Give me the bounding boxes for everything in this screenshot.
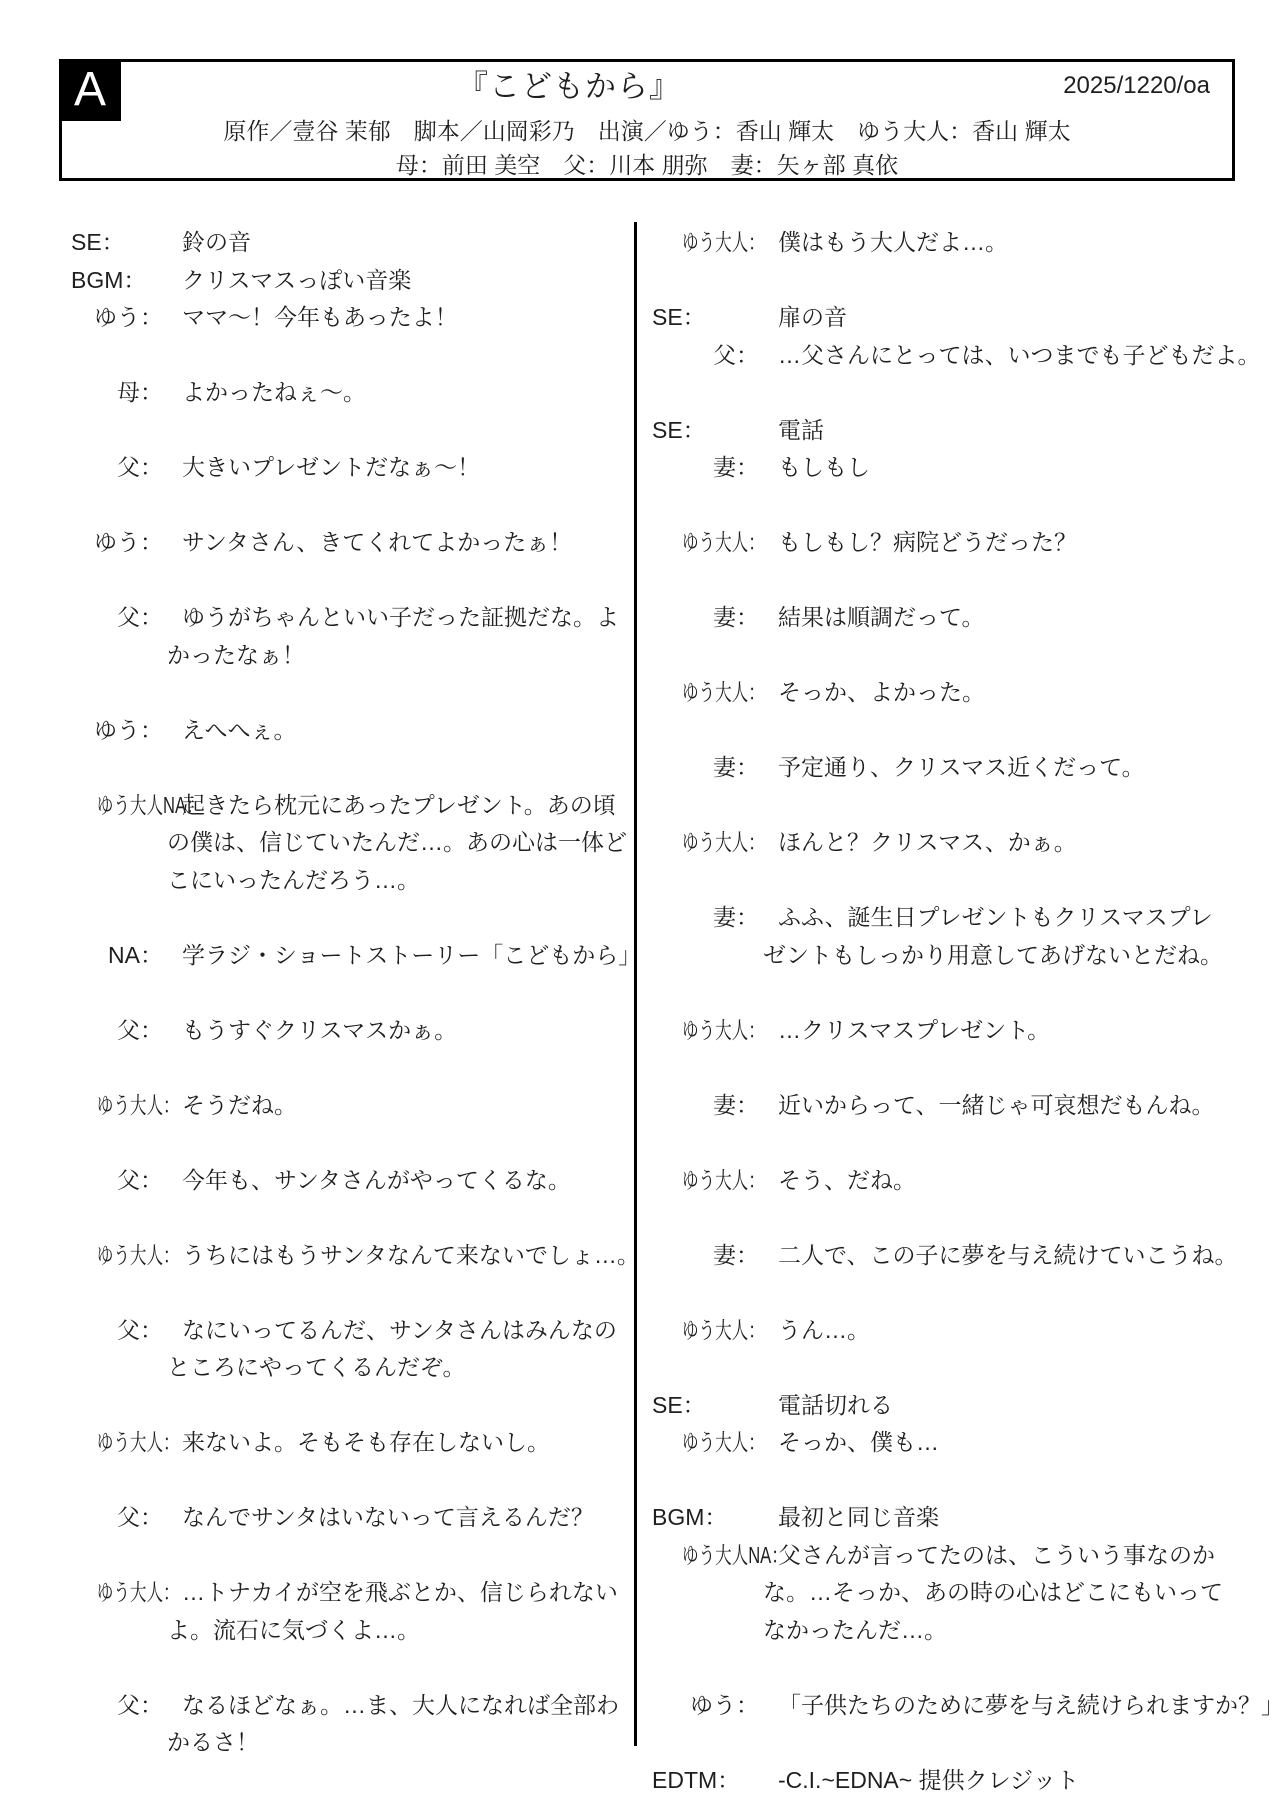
row-label: SE：	[652, 1387, 759, 1425]
script-row: ゆう： サンタさん、きてくれてよかったぁ！	[71, 524, 627, 562]
text-line: 結果は順調だって。	[763, 599, 1252, 637]
row-text: そっか、よかった。	[763, 674, 1252, 712]
row-label: ゆう大人：	[682, 524, 759, 562]
text-line: サンタさん、きてくれてよかったぁ！	[167, 524, 627, 562]
script-row: ゆう大人： …クリスマスプレゼント。	[652, 1012, 1252, 1050]
text-line: よかったねぇ〜。	[167, 374, 627, 412]
row-label: ゆう大人：	[97, 1574, 163, 1612]
row-label: ゆう大人：	[682, 824, 759, 862]
script-row: ゆう： 「子供たちのために夢を与え続けられますか？」	[652, 1687, 1252, 1725]
text-line: そうだね。	[167, 1087, 627, 1125]
script-right-column: ゆう大人： 僕はもう大人だよ…。 SE： 扉の音 父： …父さんにとっては、いつ…	[652, 224, 1252, 1799]
row-text: 鈴の音	[167, 224, 627, 262]
text-line: なるほどなぁ。…ま、大人になれば全部わ	[167, 1687, 627, 1725]
row-label: 父：	[71, 1312, 163, 1350]
text-line: -C.I.~EDNA~ 提供クレジット	[763, 1762, 1252, 1800]
row-text: えへへぇ。	[167, 712, 627, 750]
script-row: 父： もうすぐクリスマスかぁ。	[71, 1012, 627, 1050]
script-row: 父： なにいってるんだ、サンタさんはみんなのところにやってくるんだぞ。	[71, 1312, 627, 1387]
script-row: ゆう大人： …トナカイが空を飛ぶとか、信じられないよ。流石に気づくよ…。	[71, 1574, 627, 1649]
script-left-column: SE： 鈴の音 BGM： クリスマスっぽい音楽 ゆう： ママ〜！今年もあったよ！…	[71, 224, 627, 1762]
row-text: 今年も、サンタさんがやってくるな。	[167, 1162, 627, 1200]
text-line: 父さんが言ってたのは、こういう事なのか	[763, 1537, 1252, 1575]
text-line: そっか、よかった。	[763, 674, 1252, 712]
row-label: ゆう：	[71, 524, 163, 562]
row-label: SE：	[71, 224, 163, 262]
row-text: もうすぐクリスマスかぁ。	[167, 1012, 627, 1050]
text-line: かったなぁ！	[167, 637, 627, 675]
row-label: ゆう大人：	[682, 224, 759, 262]
row-label: 妻：	[652, 749, 759, 787]
text-line: 近いからって、一緒じゃ可哀想だもんね。	[763, 1087, 1252, 1125]
script-row: SE： 電話	[652, 412, 1252, 450]
text-line: うん…。	[763, 1312, 1252, 1350]
row-text: 父さんが言ってたのは、こういう事なのかな。…そっか、あの時の心はどこにもいってな…	[763, 1537, 1252, 1650]
text-line: 最初と同じ音楽	[763, 1499, 1252, 1537]
row-text: ほんと？クリスマス、かぁ。	[763, 824, 1252, 862]
credits-line-1: 原作／壹谷 茉郁 脚本／山岡彩乃 出演／ゆう：香山 輝太 ゆう大人：香山 輝太	[62, 114, 1232, 148]
row-label: EDTM：	[652, 1762, 759, 1800]
row-label: 母：	[71, 374, 163, 412]
row-text: ふふ、誕生日プレゼントもクリスマスプレゼントもしっかり用意してあげないとだね。	[763, 899, 1252, 974]
row-label: ゆう大人NA：	[97, 787, 163, 825]
row-text: 大きいプレゼントだなぁ〜！	[167, 449, 627, 487]
row-text: 「子供たちのために夢を与え続けられますか？」	[763, 1687, 1252, 1725]
row-text: もしもし	[763, 449, 1252, 487]
column-divider	[634, 222, 637, 1746]
script-row: 父： 大きいプレゼントだなぁ〜！	[71, 449, 627, 487]
script-row: ゆう大人： ほんと？クリスマス、かぁ。	[652, 824, 1252, 862]
row-label: 妻：	[652, 1087, 759, 1125]
script-row: ゆう： ママ〜！今年もあったよ！	[71, 299, 627, 337]
text-line: 来ないよ。そもそも存在しないし。	[167, 1424, 627, 1462]
row-label: ゆう：	[652, 1687, 759, 1725]
row-label: 父：	[652, 337, 759, 375]
text-line: クリスマスっぽい音楽	[167, 262, 627, 300]
row-label: SE：	[652, 412, 759, 450]
text-line: 扉の音	[763, 299, 1252, 337]
row-text: なにいってるんだ、サンタさんはみんなのところにやってくるんだぞ。	[167, 1312, 627, 1387]
row-text: 起きたら枕元にあったプレゼント。あの頃の僕は、信じていたんだ…。あの心は一体どこ…	[167, 787, 627, 900]
script-row: ゆう大人： うちにはもうサンタなんて来ないでしょ…。	[71, 1237, 627, 1275]
row-text: そうだね。	[167, 1087, 627, 1125]
row-text: もしもし？病院どうだった？	[763, 524, 1252, 562]
row-text: 来ないよ。そもそも存在しないし。	[167, 1424, 627, 1462]
script-row: ゆう大人： そうだね。	[71, 1087, 627, 1125]
row-text: ゆうがちゃんといい子だった証拠だな。よかったなぁ！	[167, 599, 627, 674]
script-row: SE： 鈴の音	[71, 224, 627, 262]
row-label: NA：	[71, 937, 163, 975]
row-label: BGM：	[71, 262, 163, 300]
row-text: 最初と同じ音楽	[763, 1499, 1252, 1537]
row-text: …父さんにとっては、いつまでも子どもだよ。	[763, 337, 1252, 375]
script-row: ゆう大人： 僕はもう大人だよ…。	[652, 224, 1252, 262]
script-row: BGM： 最初と同じ音楽	[652, 1499, 1252, 1537]
row-text: うちにはもうサンタなんて来ないでしょ…。	[167, 1237, 627, 1275]
text-line: うちにはもうサンタなんて来ないでしょ…。	[167, 1237, 627, 1275]
text-line: 学ラジ・ショートストーリー「こどもから」	[167, 937, 627, 975]
header-box: A 『こどもから』 2025/1220/oa 原作／壹谷 茉郁 脚本／山岡彩乃 …	[59, 59, 1235, 181]
row-label: ゆう：	[71, 712, 163, 750]
text-line: ゼントもしっかり用意してあげないとだね。	[763, 937, 1252, 975]
text-line: ゆうがちゃんといい子だった証拠だな。よ	[167, 599, 627, 637]
row-label: ゆう大人：	[97, 1424, 163, 1462]
script-row: 妻： 結果は順調だって。	[652, 599, 1252, 637]
row-label: ゆう大人：	[682, 674, 759, 712]
text-line: かるさ！	[167, 1724, 627, 1762]
script-row: 母： よかったねぇ〜。	[71, 374, 627, 412]
row-label: 父：	[71, 449, 163, 487]
text-line: 予定通り、クリスマス近くだって。	[763, 749, 1252, 787]
script-row: 妻： 二人で、この子に夢を与え続けていこうね。	[652, 1237, 1252, 1275]
row-label: 父：	[71, 1499, 163, 1537]
script-row: ゆう大人： そっか、よかった。	[652, 674, 1252, 712]
row-label: ゆう：	[71, 299, 163, 337]
script-row: ゆう大人： そっか、僕も…	[652, 1424, 1252, 1462]
row-text: 電話切れる	[763, 1387, 1252, 1425]
script-row: BGM： クリスマスっぽい音楽	[71, 262, 627, 300]
text-line: なにいってるんだ、サンタさんはみんなの	[167, 1312, 627, 1350]
text-line: ふふ、誕生日プレゼントもクリスマスプレ	[763, 899, 1252, 937]
text-line: 起きたら枕元にあったプレゼント。あの頃	[167, 787, 627, 825]
row-text: うん…。	[763, 1312, 1252, 1350]
row-text: …トナカイが空を飛ぶとか、信じられないよ。流石に気づくよ…。	[167, 1574, 627, 1649]
text-line: 鈴の音	[167, 224, 627, 262]
text-line: なんでサンタはいないって言えるんだ？	[167, 1499, 627, 1537]
row-label: 妻：	[652, 449, 759, 487]
row-label: 父：	[71, 1012, 163, 1050]
text-line: 「子供たちのために夢を与え続けられますか？」	[763, 1687, 1252, 1725]
row-text: 近いからって、一緒じゃ可哀想だもんね。	[763, 1087, 1252, 1125]
row-label: 父：	[71, 1687, 163, 1725]
row-label: ゆう大人：	[682, 1312, 759, 1350]
text-line: よ。流石に気づくよ…。	[167, 1612, 627, 1650]
text-line: …父さんにとっては、いつまでも子どもだよ。	[763, 337, 1252, 375]
row-text: 僕はもう大人だよ…。	[763, 224, 1252, 262]
script-row: ゆう大人： うん…。	[652, 1312, 1252, 1350]
text-line: こにいったんだろう…。	[167, 862, 627, 900]
row-label: ゆう大人：	[682, 1162, 759, 1200]
script-page: A 『こどもから』 2025/1220/oa 原作／壹谷 茉郁 脚本／山岡彩乃 …	[0, 0, 1280, 1809]
script-row: 妻： もしもし	[652, 449, 1252, 487]
script-row: EDTM： -C.I.~EDNA~ 提供クレジット	[652, 1762, 1252, 1800]
script-row: 妻： ふふ、誕生日プレゼントもクリスマスプレゼントもしっかり用意してあげないとだ…	[652, 899, 1252, 974]
text-line: 今年も、サンタさんがやってくるな。	[167, 1162, 627, 1200]
row-text: なんでサンタはいないって言えるんだ？	[167, 1499, 627, 1537]
script-row: 妻： 近いからって、一緒じゃ可哀想だもんね。	[652, 1087, 1252, 1125]
row-text: なるほどなぁ。…ま、大人になれば全部わかるさ！	[167, 1687, 627, 1762]
text-line: もしもし	[763, 449, 1252, 487]
row-text: そう、だね。	[763, 1162, 1252, 1200]
row-text: 扉の音	[763, 299, 1252, 337]
page-title: 『こどもから』	[457, 67, 681, 107]
row-text: 結果は順調だって。	[763, 599, 1252, 637]
air-date: 2025/1220/oa	[1063, 71, 1210, 101]
text-line: もしもし？病院どうだった？	[763, 524, 1252, 562]
row-text: ママ〜！今年もあったよ！	[167, 299, 627, 337]
text-line: ほんと？クリスマス、かぁ。	[763, 824, 1252, 862]
row-label: 妻：	[652, 599, 759, 637]
script-row: SE： 扉の音	[652, 299, 1252, 337]
script-row: 父： なんでサンタはいないって言えるんだ？	[71, 1499, 627, 1537]
text-line: …クリスマスプレゼント。	[763, 1012, 1252, 1050]
script-row: ゆう大人： そう、だね。	[652, 1162, 1252, 1200]
row-label: 父：	[71, 599, 163, 637]
row-label: SE：	[652, 299, 759, 337]
script-row: SE： 電話切れる	[652, 1387, 1252, 1425]
row-label: 父：	[71, 1162, 163, 1200]
text-line: なかったんだ…。	[763, 1612, 1252, 1650]
text-line: そう、だね。	[763, 1162, 1252, 1200]
text-line: ママ〜！今年もあったよ！	[167, 299, 627, 337]
script-row: ゆう大人NA： 起きたら枕元にあったプレゼント。あの頃の僕は、信じていたんだ…。…	[71, 787, 627, 900]
row-text: クリスマスっぽい音楽	[167, 262, 627, 300]
row-text: -C.I.~EDNA~ 提供クレジット	[763, 1762, 1252, 1800]
script-row: ゆう大人： 来ないよ。そもそも存在しないし。	[71, 1424, 627, 1462]
script-row: 父： …父さんにとっては、いつまでも子どもだよ。	[652, 337, 1252, 375]
text-line: もうすぐクリスマスかぁ。	[167, 1012, 627, 1050]
script-row: 父： 今年も、サンタさんがやってくるな。	[71, 1162, 627, 1200]
text-line: 僕はもう大人だよ…。	[763, 224, 1252, 262]
row-text: サンタさん、きてくれてよかったぁ！	[167, 524, 627, 562]
row-text: 予定通り、クリスマス近くだって。	[763, 749, 1252, 787]
text-line: 電話	[763, 412, 1252, 450]
row-text: よかったねぇ〜。	[167, 374, 627, 412]
text-line: えへへぇ。	[167, 712, 627, 750]
text-line: そっか、僕も…	[763, 1424, 1252, 1462]
text-line: 電話切れる	[763, 1387, 1252, 1425]
script-row: 父： ゆうがちゃんといい子だった証拠だな。よかったなぁ！	[71, 599, 627, 674]
row-text: …クリスマスプレゼント。	[763, 1012, 1252, 1050]
row-label: 妻：	[652, 899, 759, 937]
edition-marker: A	[59, 59, 121, 121]
edition-marker-letter: A	[74, 66, 106, 114]
text-line: の僕は、信じていたんだ…。あの心は一体ど	[167, 824, 627, 862]
row-text: そっか、僕も…	[763, 1424, 1252, 1462]
row-label: ゆう大人：	[97, 1087, 163, 1125]
text-line: ところにやってくるんだぞ。	[167, 1349, 627, 1387]
text-line: な。…そっか、あの時の心はどこにもいって	[763, 1574, 1252, 1612]
row-label: ゆう大人：	[682, 1424, 759, 1462]
row-label: 妻：	[652, 1237, 759, 1275]
script-row: ゆう大人NA： 父さんが言ってたのは、こういう事なのかな。…そっか、あの時の心は…	[652, 1537, 1252, 1650]
script-row: 妻： 予定通り、クリスマス近くだって。	[652, 749, 1252, 787]
row-text: 二人で、この子に夢を与え続けていこうね。	[763, 1237, 1252, 1275]
row-text: 学ラジ・ショートストーリー「こどもから」	[167, 937, 627, 975]
row-label: ゆう大人：	[97, 1237, 163, 1275]
row-text: 電話	[763, 412, 1252, 450]
script-row: 父： なるほどなぁ。…ま、大人になれば全部わかるさ！	[71, 1687, 627, 1762]
row-label: ゆう大人：	[682, 1012, 759, 1050]
row-label: ゆう大人NA：	[682, 1537, 759, 1575]
script-row: NA： 学ラジ・ショートストーリー「こどもから」	[71, 937, 627, 975]
text-line: 二人で、この子に夢を与え続けていこうね。	[763, 1237, 1252, 1275]
credits-line-2: 母：前田 美空 父：川本 朋弥 妻：矢ヶ部 真依	[62, 148, 1232, 182]
text-line: 大きいプレゼントだなぁ〜！	[167, 449, 627, 487]
text-line: …トナカイが空を飛ぶとか、信じられない	[167, 1574, 627, 1612]
row-label: BGM：	[652, 1499, 759, 1537]
script-row: ゆう： えへへぇ。	[71, 712, 627, 750]
script-row: ゆう大人： もしもし？病院どうだった？	[652, 524, 1252, 562]
